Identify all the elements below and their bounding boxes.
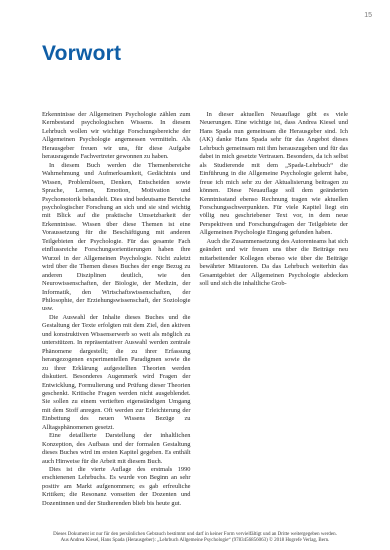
paragraph: In diesem Buch werden die Themenbereiche… bbox=[42, 162, 191, 314]
page-number: 15 bbox=[364, 12, 372, 19]
paragraph: Erkenntnisse der Allgemeinen Psychologie… bbox=[42, 111, 191, 162]
paragraph: In dieser aktuellen Neuauflage gibt es v… bbox=[200, 111, 349, 238]
paragraph: Die Auswahl der Inhalte dieses Buches un… bbox=[42, 314, 191, 432]
page-title: Vorwort bbox=[42, 42, 121, 66]
body-text: Erkenntnisse der Allgemeinen Psychologie… bbox=[42, 111, 348, 513]
copyright-footer: Dieses Dokument ist nur für den persönli… bbox=[12, 532, 378, 545]
paragraph: Auch die Zusammensetzung des Autorenteam… bbox=[200, 238, 349, 289]
paragraph: Dies ist die vierte Auflage des erstmals… bbox=[42, 466, 191, 508]
book-page: 15 Vorwort Erkenntnisse der Allgemeinen … bbox=[0, 0, 390, 550]
footer-line-2: Aus Andrea Kiesel, Hans Spada (Herausgeb… bbox=[12, 538, 378, 545]
paragraph: Eine detaillierte Darstellung der inhalt… bbox=[42, 432, 191, 466]
